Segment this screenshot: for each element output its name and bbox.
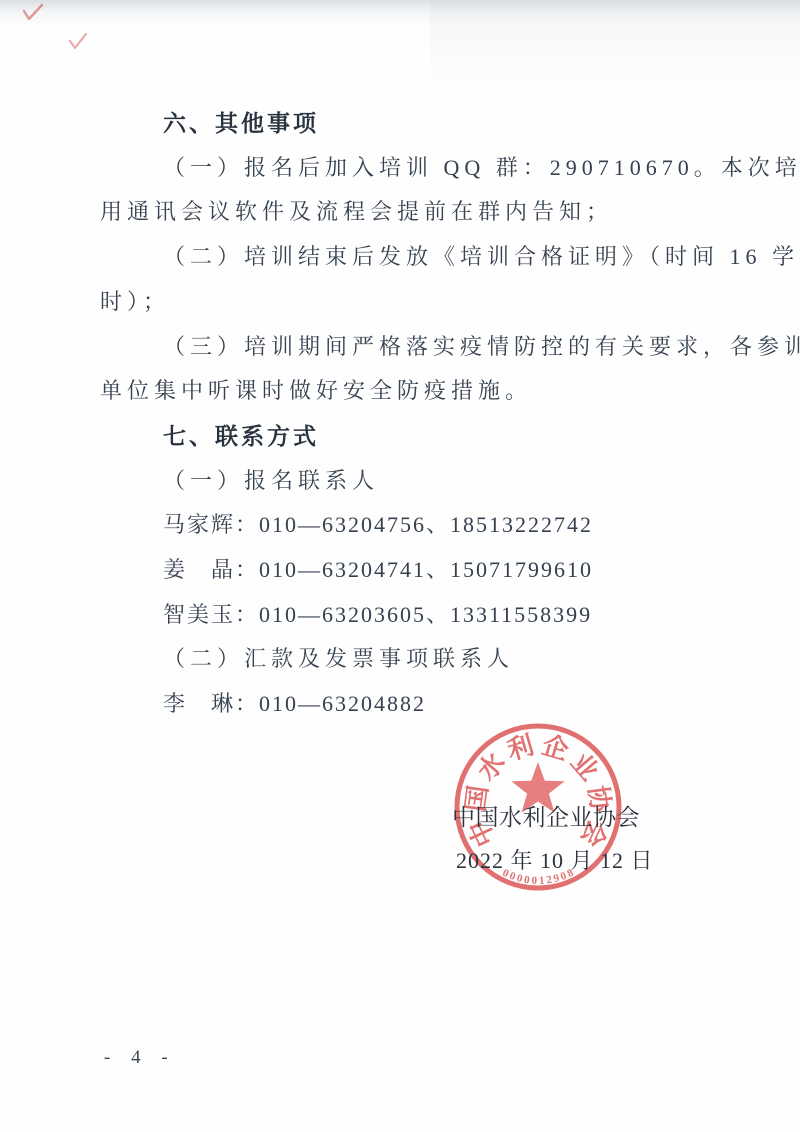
signature-org-name: 中国水利企业协会 [452,799,640,832]
pen-check-mark [24,5,42,19]
svg-text:0: 0 [531,875,538,887]
scan-artifact-top-right [430,0,800,110]
text-line: 姜 晶：010—63204741、15071799610 [163,555,593,585]
svg-text:0: 0 [523,874,531,887]
svg-text:1: 1 [539,875,545,887]
section-heading: 七、联系方式 [163,421,319,451]
document-page: 六、其他事项（一）报名后加入培训 QQ 群：290710670。本次培训使用通讯… [0,0,800,1132]
pen-check-mark-small [70,34,86,48]
text-line: 用通讯会议软件及流程会提前在群内告知； [100,197,613,227]
text-line: （二）培训结束后发放《培训合格证明》（时间 16 学 [163,242,799,272]
text-line: 单位集中听课时做好安全防疫措施。 [100,376,532,406]
text-line: （二）汇款及发票事项联系人 [163,644,514,674]
text-line: （一）报名联系人 [163,466,379,496]
signature-date: 2022 年 10 月 12 日 [456,844,654,875]
page-number: - 4 - [104,1047,176,1069]
text-line: （一）报名后加入培训 QQ 群：290710670。本次培训使 [163,153,800,183]
svg-text:利: 利 [504,730,537,765]
text-line: 时）； [100,287,170,317]
red-pen-marks [0,0,120,60]
text-line: 马家辉：010—63204756、18513222742 [163,510,593,540]
section-heading: 六、其他事项 [163,108,319,138]
text-line: （三）培训期间严格落实疫情防控的有关要求，各参训 [163,332,800,362]
text-line: 李 琳：010—63204882 [163,689,426,719]
text-line: 智美玉：010—63203605、13311558399 [163,600,592,630]
svg-text:企: 企 [539,729,572,765]
